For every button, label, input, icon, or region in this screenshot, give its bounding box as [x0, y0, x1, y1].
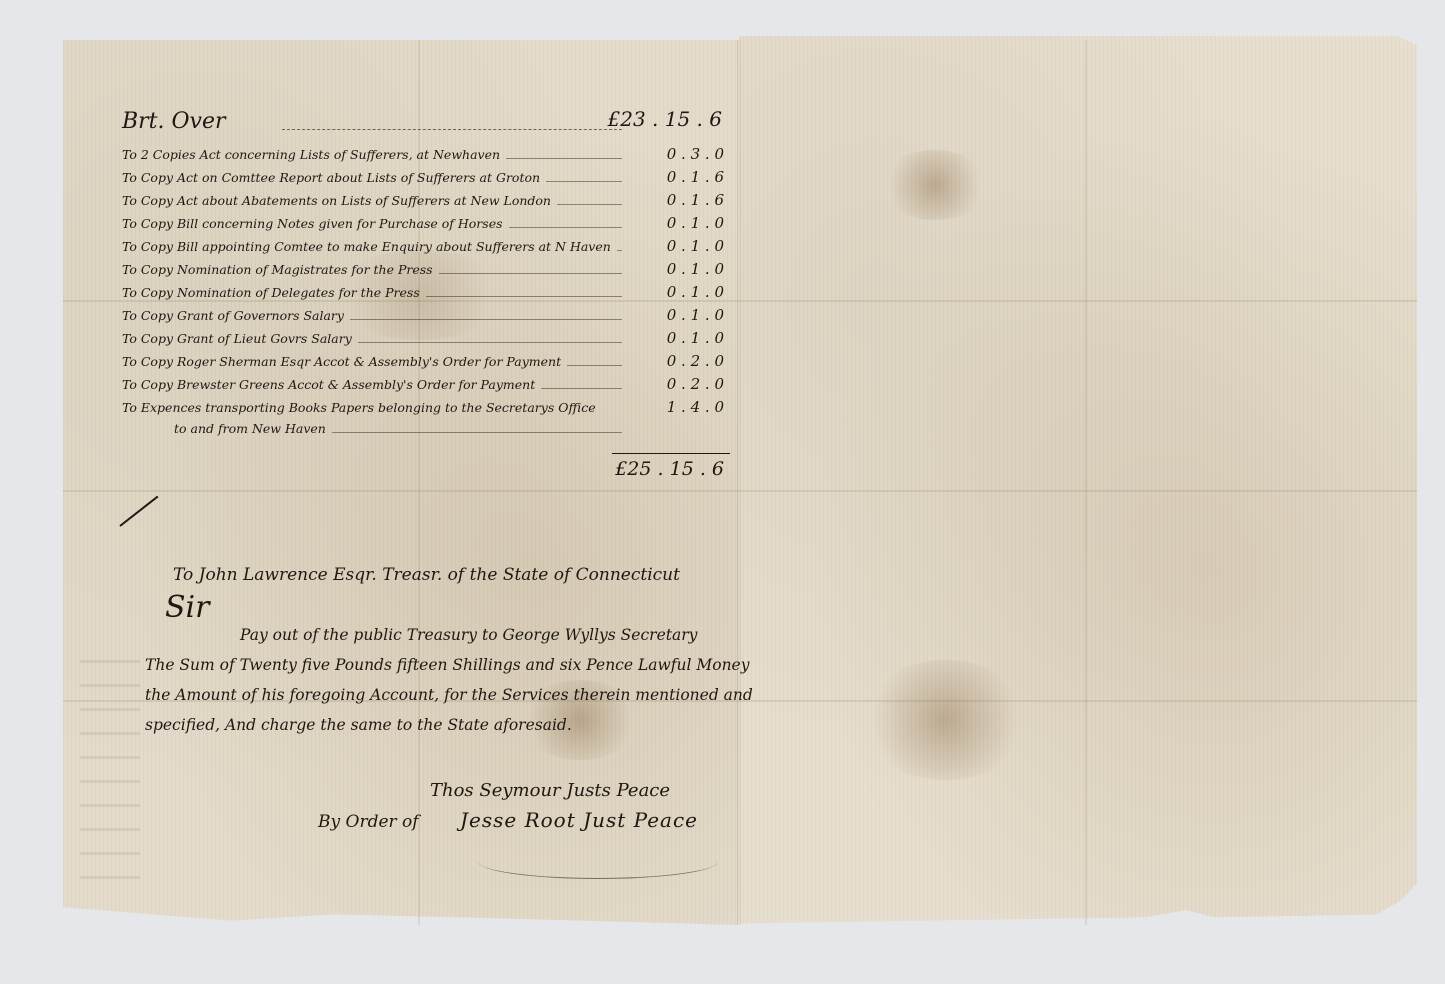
- leader-line: [439, 273, 622, 274]
- ledger-row: To Copy Roger Sherman Esqr Accot & Assem…: [122, 352, 732, 375]
- item-amount: 0 . 1 . 0: [628, 283, 732, 301]
- ledger-row: To Copy Brewster Greens Accot & Assembly…: [122, 375, 732, 398]
- ledger-row: To Copy Bill appointing Comtee to make E…: [122, 237, 732, 260]
- order-line: The Sum of Twenty five Pounds fifteen Sh…: [145, 650, 725, 680]
- ledger-row: To Copy Bill concerning Notes given for …: [122, 214, 732, 237]
- ledger-row: To Copy Grant of Lieut Govrs Salary 0 . …: [122, 329, 732, 352]
- leader-line: [541, 388, 622, 389]
- leader-line: [426, 296, 622, 297]
- item-amount: 0 . 1 . 0: [628, 237, 732, 255]
- item-amount: 0 . 3 . 0: [628, 145, 732, 163]
- item-description: To Copy Act on Comttee Report about List…: [122, 170, 540, 185]
- item-description: To Copy Grant of Governors Salary: [122, 308, 344, 323]
- leader-line: [358, 342, 622, 343]
- horizontal-fold: [63, 490, 1417, 492]
- by-order-label: By Order of: [318, 812, 419, 832]
- total-rule: [612, 453, 730, 454]
- leader-line: [350, 319, 622, 320]
- item-description: To 2 Copies Act concerning Lists of Suff…: [122, 147, 500, 162]
- foxing-stain: [860, 660, 1030, 780]
- ledger-row: To Copy Act on Comttee Report about List…: [122, 168, 732, 191]
- leader-line: [332, 432, 622, 433]
- order-line: the Amount of his foregoing Account, for…: [145, 680, 725, 710]
- item-description: To Copy Nomination of Delegates for the …: [122, 285, 420, 300]
- leader-line: [506, 158, 622, 159]
- signature-flourish: [478, 844, 718, 879]
- item-amount: 0 . 1 . 6: [628, 191, 732, 209]
- ledger-row: To Copy Grant of Governors Salary 0 . 1 …: [122, 306, 732, 329]
- signature-block: Thos Seymour Justs Peace By Order of Jes…: [318, 780, 738, 890]
- item-amount: 0 . 1 . 0: [628, 306, 732, 324]
- leader-line: [557, 204, 622, 205]
- order-addressee: To John Lawrence Esqr. Treasr. of the St…: [145, 560, 725, 590]
- item-description: To Copy Nomination of Magistrates for th…: [122, 262, 433, 277]
- ledger-row: To Expences transporting Books Papers be…: [122, 398, 732, 421]
- item-description: To Copy Brewster Greens Accot & Assembly…: [122, 377, 535, 392]
- ledger-row: To Copy Nomination of Magistrates for th…: [122, 260, 732, 283]
- leader-line: [567, 365, 622, 366]
- item-amount: 0 . 1 . 0: [628, 260, 732, 278]
- account-total: £25 . 15 . 6: [122, 458, 732, 480]
- item-description: To Expences transporting Books Papers be…: [122, 400, 596, 415]
- signature-seymour: Thos Seymour Justs Peace: [430, 780, 670, 801]
- leader-line: [282, 129, 622, 130]
- ledger-row: To 2 Copies Act concerning Lists of Suff…: [122, 145, 732, 168]
- ledger-row: To Copy Nomination of Delegates for the …: [122, 283, 732, 306]
- item-description-continuation: to and from New Haven: [174, 421, 326, 436]
- account-ledger: Brt. Over £23 . 15 . 6 To 2 Copies Act c…: [122, 105, 732, 480]
- signature-root: Jesse Root Just Peace: [460, 808, 698, 832]
- item-amount: 0 . 1 . 6: [628, 168, 732, 186]
- leader-line: [509, 227, 622, 228]
- ledger-row-continuation: to and from New Haven: [122, 421, 732, 445]
- item-amount: 0 . 1 . 0: [628, 214, 732, 232]
- item-amount: 0 . 1 . 0: [628, 329, 732, 347]
- brought-over-amount: £23 . 15 . 6: [608, 107, 723, 131]
- item-description: To Copy Bill concerning Notes given for …: [122, 216, 503, 231]
- item-description: To Copy Grant of Lieut Govrs Salary: [122, 331, 352, 346]
- vertical-fold: [1085, 40, 1087, 925]
- item-amount: 1 . 4 . 0: [628, 398, 732, 416]
- brought-over-line: Brt. Over £23 . 15 . 6: [122, 105, 732, 145]
- payment-order: To John Lawrence Esqr. Treasr. of the St…: [145, 560, 725, 740]
- item-amount: 0 . 2 . 0: [628, 375, 732, 393]
- item-description: To Copy Roger Sherman Esqr Accot & Assem…: [122, 354, 561, 369]
- order-line: Pay out of the public Treasury to George…: [145, 620, 725, 650]
- leader-line: [546, 181, 622, 182]
- right-page-blank: [739, 36, 1417, 928]
- brought-over-label: Brt. Over: [122, 109, 226, 134]
- leader-line: [617, 250, 622, 251]
- bleed-through-text: [80, 660, 140, 890]
- item-description: To Copy Act about Abatements on Lists of…: [122, 193, 551, 208]
- ledger-row: To Copy Act about Abatements on Lists of…: [122, 191, 732, 214]
- order-line: specified, And charge the same to the St…: [145, 710, 725, 740]
- item-description: To Copy Bill appointing Comtee to make E…: [122, 239, 611, 254]
- foxing-stain: [880, 150, 990, 220]
- item-amount: 0 . 2 . 0: [628, 352, 732, 370]
